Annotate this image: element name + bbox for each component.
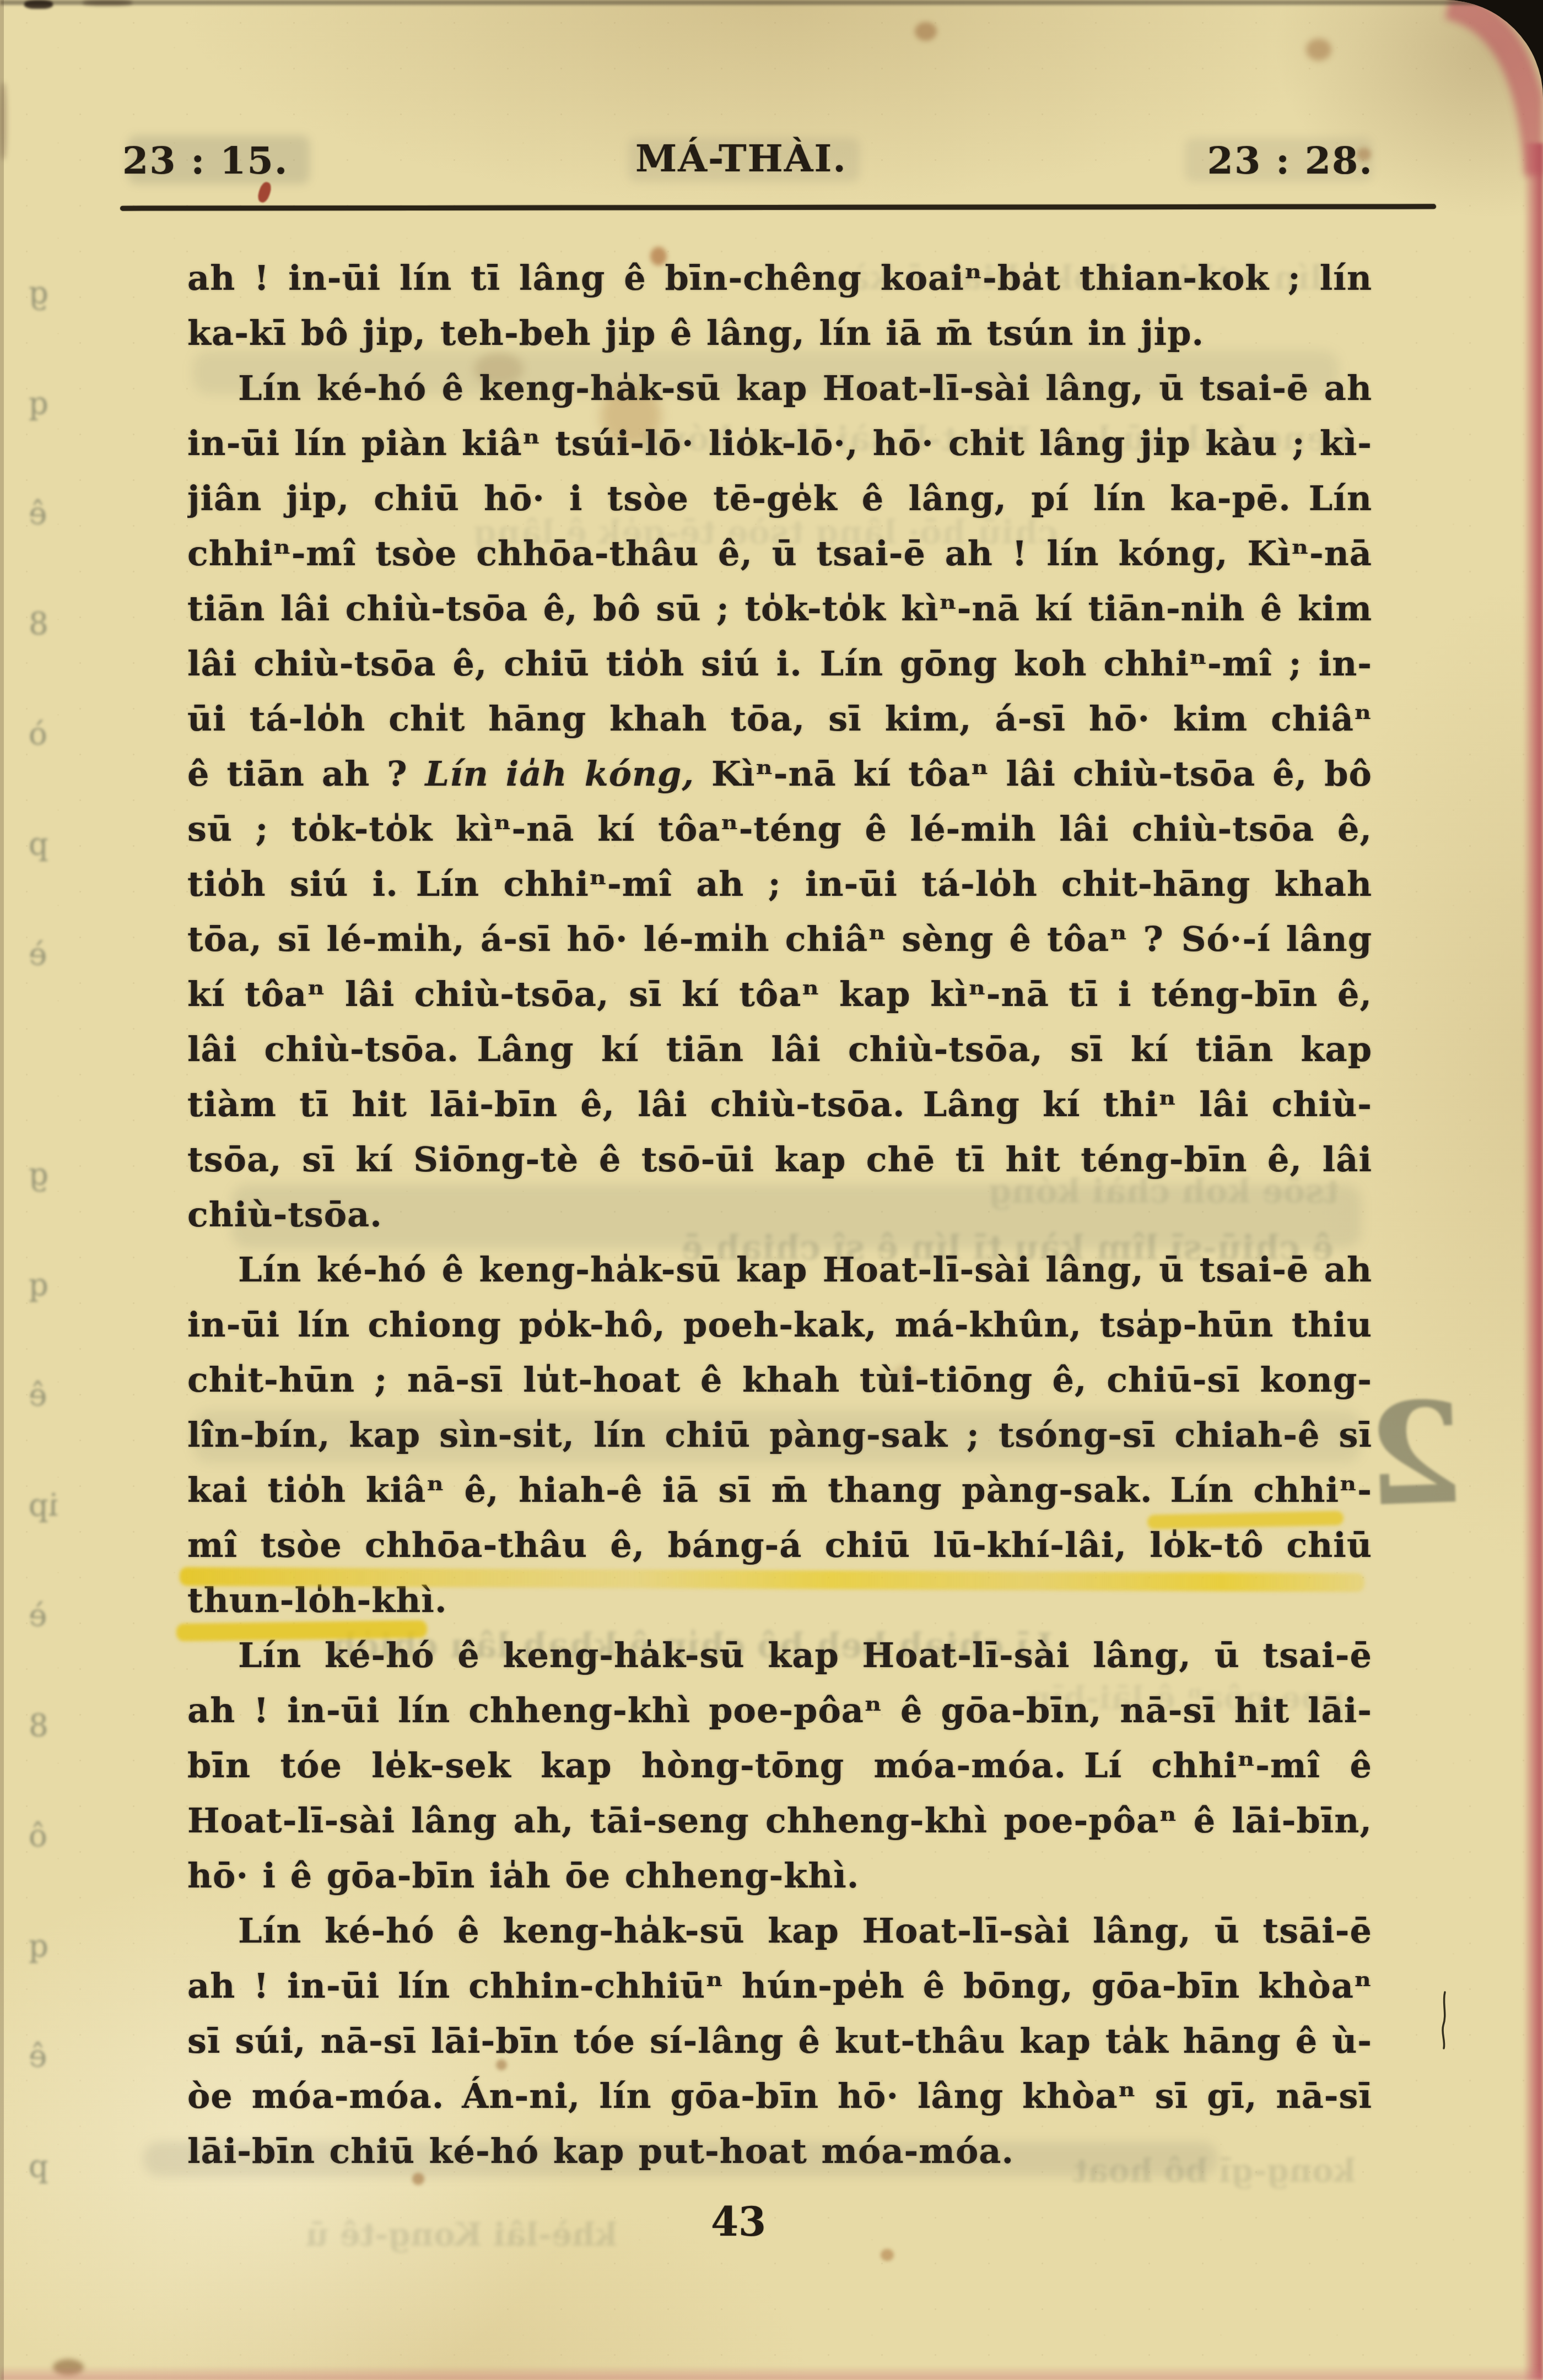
scripture-line: hō· i ê gōa-bīn ia̍h ōe chheng-khì.	[187, 1848, 1372, 1903]
scripture-line-text: kí tôaⁿ lâi chiù-tsōa, sī kí tôaⁿ kap kì…	[187, 974, 1372, 1014]
scan-top-shadow	[0, 0, 1543, 5]
scripture-line-text: chhiⁿ-mî tsòe chhōa-thâu ê, ū tsai-ē ah …	[187, 533, 1372, 581]
scripture-line-text: tōa, sī lé-mi̍h, á-sī hō· lé-mi̍h chiâⁿ …	[187, 919, 1372, 959]
bleed-through-margin-glyph: q	[29, 1267, 48, 1303]
bleed-through-margin-glyph: g	[29, 1157, 48, 1193]
scripture-line: 23Lín ké-hó ê keng-ha̍k-sū kap Hoat-lī-s…	[187, 1242, 1372, 1297]
ink-hairline-mark	[1436, 1990, 1453, 2051]
scripture-line-text: jiân ji̍p, chiū hō· i tsòe tē-ge̍k ê lân…	[187, 478, 1372, 518]
scripture-line-text: ūi tá-lo̍h chi̍t hāng khah tōa, sī kim, …	[187, 699, 1372, 747]
scripture-line: tiān lâi chiù-tsōa ê, bô sū ; to̍k-to̍k …	[187, 581, 1372, 636]
scripture-line: sī súi, nā-sī lāi-bīn tóe sí-lâng ê kut-…	[187, 2014, 1372, 2069]
scripture-line: 18ê tiān ah ? Lín ia̍h kóng, Kìⁿ-nā kí t…	[187, 747, 1372, 802]
scripture-line: 19tio̍h siú i. Lín chhiⁿ-mî ah ; in-ūi t…	[187, 857, 1372, 912]
scan-left-shadow	[0, 0, 4, 2380]
header-book-title: MÁ-THÀI.	[187, 137, 1295, 181]
scripture-line-text: ah ! in-ūi lín chheng-khì poe-pôaⁿ ê gōa…	[187, 1690, 1372, 1730]
scripture-line: ah ! in-ūi lín chhin-chhiūⁿ hún-pe̍h ê b…	[187, 1959, 1372, 2014]
scripture-line: 20tōa, sī lé-mi̍h, á-sī hō· lé-mi̍h chiâ…	[187, 912, 1372, 967]
scripture-line: 26bīn tóe le̍k-sek kap hòng-tōng móa-móa…	[187, 1738, 1372, 1793]
paper-stain	[881, 2249, 894, 2261]
scripture-line-text: lâi chiù-tsōa. Lâng kí tiān lâi chiù-tsō…	[187, 1029, 1372, 1069]
bleed-through-margin-glyph: q	[29, 1928, 48, 1964]
bleed-through-margin-glyph: ip	[29, 1487, 58, 1523]
scripture-line: 22tiàm tī hit lāi-bīn ê, lâi chiù-tsōa. …	[187, 1077, 1372, 1132]
scripture-line: 28òe móa-móa. Án-ni, lín gōa-bīn hō· lân…	[187, 2069, 1372, 2124]
page-number: 43	[711, 2198, 766, 2245]
scripture-line-text: in-ūi lín chiong po̍k-hô, poeh-kak, má-k…	[187, 1305, 1372, 1345]
paper-stain	[1306, 39, 1331, 61]
paper-stain	[915, 22, 937, 41]
scripture-line-text: lâi chiù-tsōa ê, chiū tio̍h siú i. Lín g…	[187, 643, 1372, 684]
bleed-through-margin-glyph: ô	[29, 1818, 47, 1854]
scripture-line: 24kai tio̍h kiâⁿ ê, hiah-ê iā sī m̄ than…	[187, 1463, 1372, 1518]
scripture-line-text: in-ūi lín piàn kiâⁿ tsúi-lō· lio̍k-lō·, …	[187, 423, 1372, 463]
page-bottom-edge-tint	[0, 2366, 1543, 2380]
scripture-line-text: ka-kī bô ji̍p, teh-beh ji̍p ê lâng, lín …	[187, 313, 1204, 353]
scripture-line: ka-kī bô ji̍p, teh-beh ji̍p ê lâng, lín …	[187, 306, 1372, 361]
bleed-through-margin-glyph: p	[29, 2149, 48, 2184]
scripture-line: Hoat-lī-sài lâng ah, tāi-seng chheng-khì…	[187, 1793, 1372, 1848]
bleed-through-margin-glyph: ò	[29, 716, 47, 752]
bleed-through-margin-glyph: q	[29, 386, 48, 421]
scripture-line-text: Lín ké-hó ê keng-ha̍k-sū kap Hoat-lī-sài…	[238, 1249, 1372, 1297]
scripture-line-text: tsōa, sī kí Siōng-tè ê tsō-ūi kap chē tī…	[187, 1139, 1372, 1180]
scripture-line: chiù-tsōa.	[187, 1187, 1372, 1242]
scripture-line-text: chiù-tsōa.	[187, 1194, 382, 1235]
scripture-line-text: bīn tóe le̍k-sek kap hòng-tōng móa-móa. …	[187, 1745, 1372, 1786]
scripture-line-text: ah ! in-ūi lín chhin-chhiūⁿ hún-pe̍h ê b…	[187, 1966, 1372, 2006]
bleed-through-margin-glyph: ê	[29, 1377, 47, 1413]
scripture-line-text: Hoat-lī-sài lâng ah, tāi-seng chheng-khì…	[187, 1800, 1372, 1841]
scripture-line-text: hō· i ê gōa-bīn ia̍h ōe chheng-khì.	[187, 1856, 859, 1896]
scripture-line: ah ! in-ūi lín chheng-khì poe-pôaⁿ ê gōa…	[187, 1683, 1372, 1738]
scripture-line: chi̍t-hūn ; nā-sī lu̍t-hoat ê khah tùi-t…	[187, 1353, 1372, 1408]
bleed-through-margin-glyph: è	[29, 937, 47, 972]
book-page: lín ê thian-kok chiah ē kàukeng-ha̍k-sū …	[0, 0, 1543, 2380]
scripture-line-text: mî tsòe chhōa-thâu ê, báng-á chiū lū-khí…	[187, 1525, 1372, 1565]
scripture-line-text: kai tio̍h kiâⁿ ê, hiah-ê iā sī m̄ thang …	[187, 1470, 1372, 1510]
bleed-through-margin-glyph: p	[29, 826, 48, 862]
bleed-through-margin-glyph: ê	[29, 496, 47, 532]
scripture-line-text: Lín ké-hó ê keng-ha̍k-sū kap Hoat-lī-sài…	[238, 1635, 1372, 1675]
scripture-line: mî tsòe chhōa-thâu ê, báng-á chiū lū-khí…	[187, 1518, 1372, 1573]
bleed-through-margin-glyph: ê	[29, 2038, 47, 2074]
scripture-line: ūi tá-lo̍h chi̍t hāng khah tōa, sī kim, …	[187, 691, 1372, 747]
scripture-line-text: sū ; to̍k-to̍k kìⁿ-nā kí tôaⁿ-téng ê lé-…	[187, 809, 1372, 857]
scripture-line: thun-lo̍h-khì.	[187, 1573, 1372, 1628]
scripture-line-text: sī súi, nā-sī lāi-bīn tóe sí-lâng ê kut-…	[187, 2021, 1372, 2061]
scripture-line-text: lāi-bīn chiū ké-hó kap put-hoat móa-móa.	[187, 2131, 1014, 2171]
scripture-line: 25Lín ké-hó ê keng-ha̍k-sū kap Hoat-lī-s…	[187, 1628, 1372, 1683]
scripture-line-text: chi̍t-hūn ; nā-sī lu̍t-hoat ê khah tùi-t…	[187, 1360, 1372, 1408]
scripture-line-text: ê tiān ah ? Lín ia̍h kóng, Kìⁿ-nā kí tôa…	[187, 754, 1372, 794]
paper-stain	[256, 181, 273, 204]
scripture-line: tsōa, sī kí Siōng-tè ê tsō-ūi kap chē tī…	[187, 1132, 1372, 1187]
scripture-line: chhiⁿ-mî tsòe chhōa-thâu ê, ū tsai-ē ah …	[187, 526, 1372, 581]
header-rule	[120, 204, 1436, 210]
scripture-line: in-ūi lín chiong po̍k-hô, poeh-kak, má-k…	[187, 1297, 1372, 1353]
bleed-through-margin-glyph: g	[29, 275, 48, 311]
scripture-line-text: òe móa-móa. Án-ni, lín gōa-bīn hō· lâng …	[187, 2076, 1372, 2116]
bleed-through-margin-glyph: 8	[29, 606, 48, 642]
scripture-line: 15Lín ké-hó ê keng-ha̍k-sū kap Hoat-lī-s…	[187, 361, 1372, 416]
scripture-line-text: tiān lâi chiù-tsōa ê, bô sū ; to̍k-to̍k …	[187, 588, 1372, 629]
header-verse-range-end: 23 : 28.	[1157, 139, 1373, 183]
scripture-line: in-ūi lín piàn kiâⁿ tsúi-lō· lio̍k-lō·, …	[187, 416, 1372, 471]
bleed-through-margin-glyph: è	[29, 1598, 47, 1633]
scripture-line-text: tio̍h siú i. Lín chhiⁿ-mî ah ; in-ūi tá-…	[187, 864, 1372, 904]
scripture-line: lîn-bín, kap sìn-si̍t, lín chiū pàng-sak…	[187, 1408, 1372, 1463]
red-stained-corner-edge	[1367, 0, 1543, 182]
scripture-line: 16jiân ji̍p, chiū hō· i tsòe tē-ge̍k ê l…	[187, 471, 1372, 526]
scripture-line-text: Lín ké-hó ê keng-ha̍k-sū kap Hoat-lī-sài…	[238, 368, 1372, 416]
scripture-line-text: thun-lo̍h-khì.	[187, 1580, 447, 1620]
scripture-line: ah ! in-ūi lín tī lâng ê bīn-chêng koaiⁿ…	[187, 251, 1372, 306]
scripture-line: 27Lín ké-hó ê keng-ha̍k-sū kap Hoat-lī-s…	[187, 1903, 1372, 1959]
red-stained-page-edge	[1523, 143, 1543, 2380]
bleed-through-numeral: 2	[1364, 1371, 1466, 1538]
bleed-through-margin-glyph: 8	[29, 1708, 48, 1744]
scripture-line: 21lâi chiù-tsōa. Lâng kí tiān lâi chiù-t…	[187, 1022, 1372, 1077]
scripture-text-block: ah ! in-ūi lín tī lâng ê bīn-chêng koaiⁿ…	[187, 251, 1372, 2179]
scripture-line-text: tiàm tī hit lāi-bīn ê, lâi chiù-tsōa. Lâ…	[187, 1084, 1372, 1124]
scripture-line-text: lîn-bín, kap sìn-si̍t, lín chiū pàng-sak…	[187, 1415, 1372, 1463]
scripture-line: lāi-bīn chiū ké-hó kap put-hoat móa-móa.	[187, 2124, 1372, 2179]
scripture-line-text: Lín ké-hó ê keng-ha̍k-sū kap Hoat-lī-sài…	[238, 1911, 1372, 1951]
scripture-line: 17lâi chiù-tsōa ê, chiū tio̍h siú i. Lín…	[187, 636, 1372, 691]
scripture-line: kí tôaⁿ lâi chiù-tsōa, sī kí tôaⁿ kap kì…	[187, 967, 1372, 1022]
scripture-line: sū ; to̍k-to̍k kìⁿ-nā kí tôaⁿ-téng ê lé-…	[187, 802, 1372, 857]
scripture-line-text: ah ! in-ūi lín tī lâng ê bīn-chêng koaiⁿ…	[187, 258, 1372, 298]
